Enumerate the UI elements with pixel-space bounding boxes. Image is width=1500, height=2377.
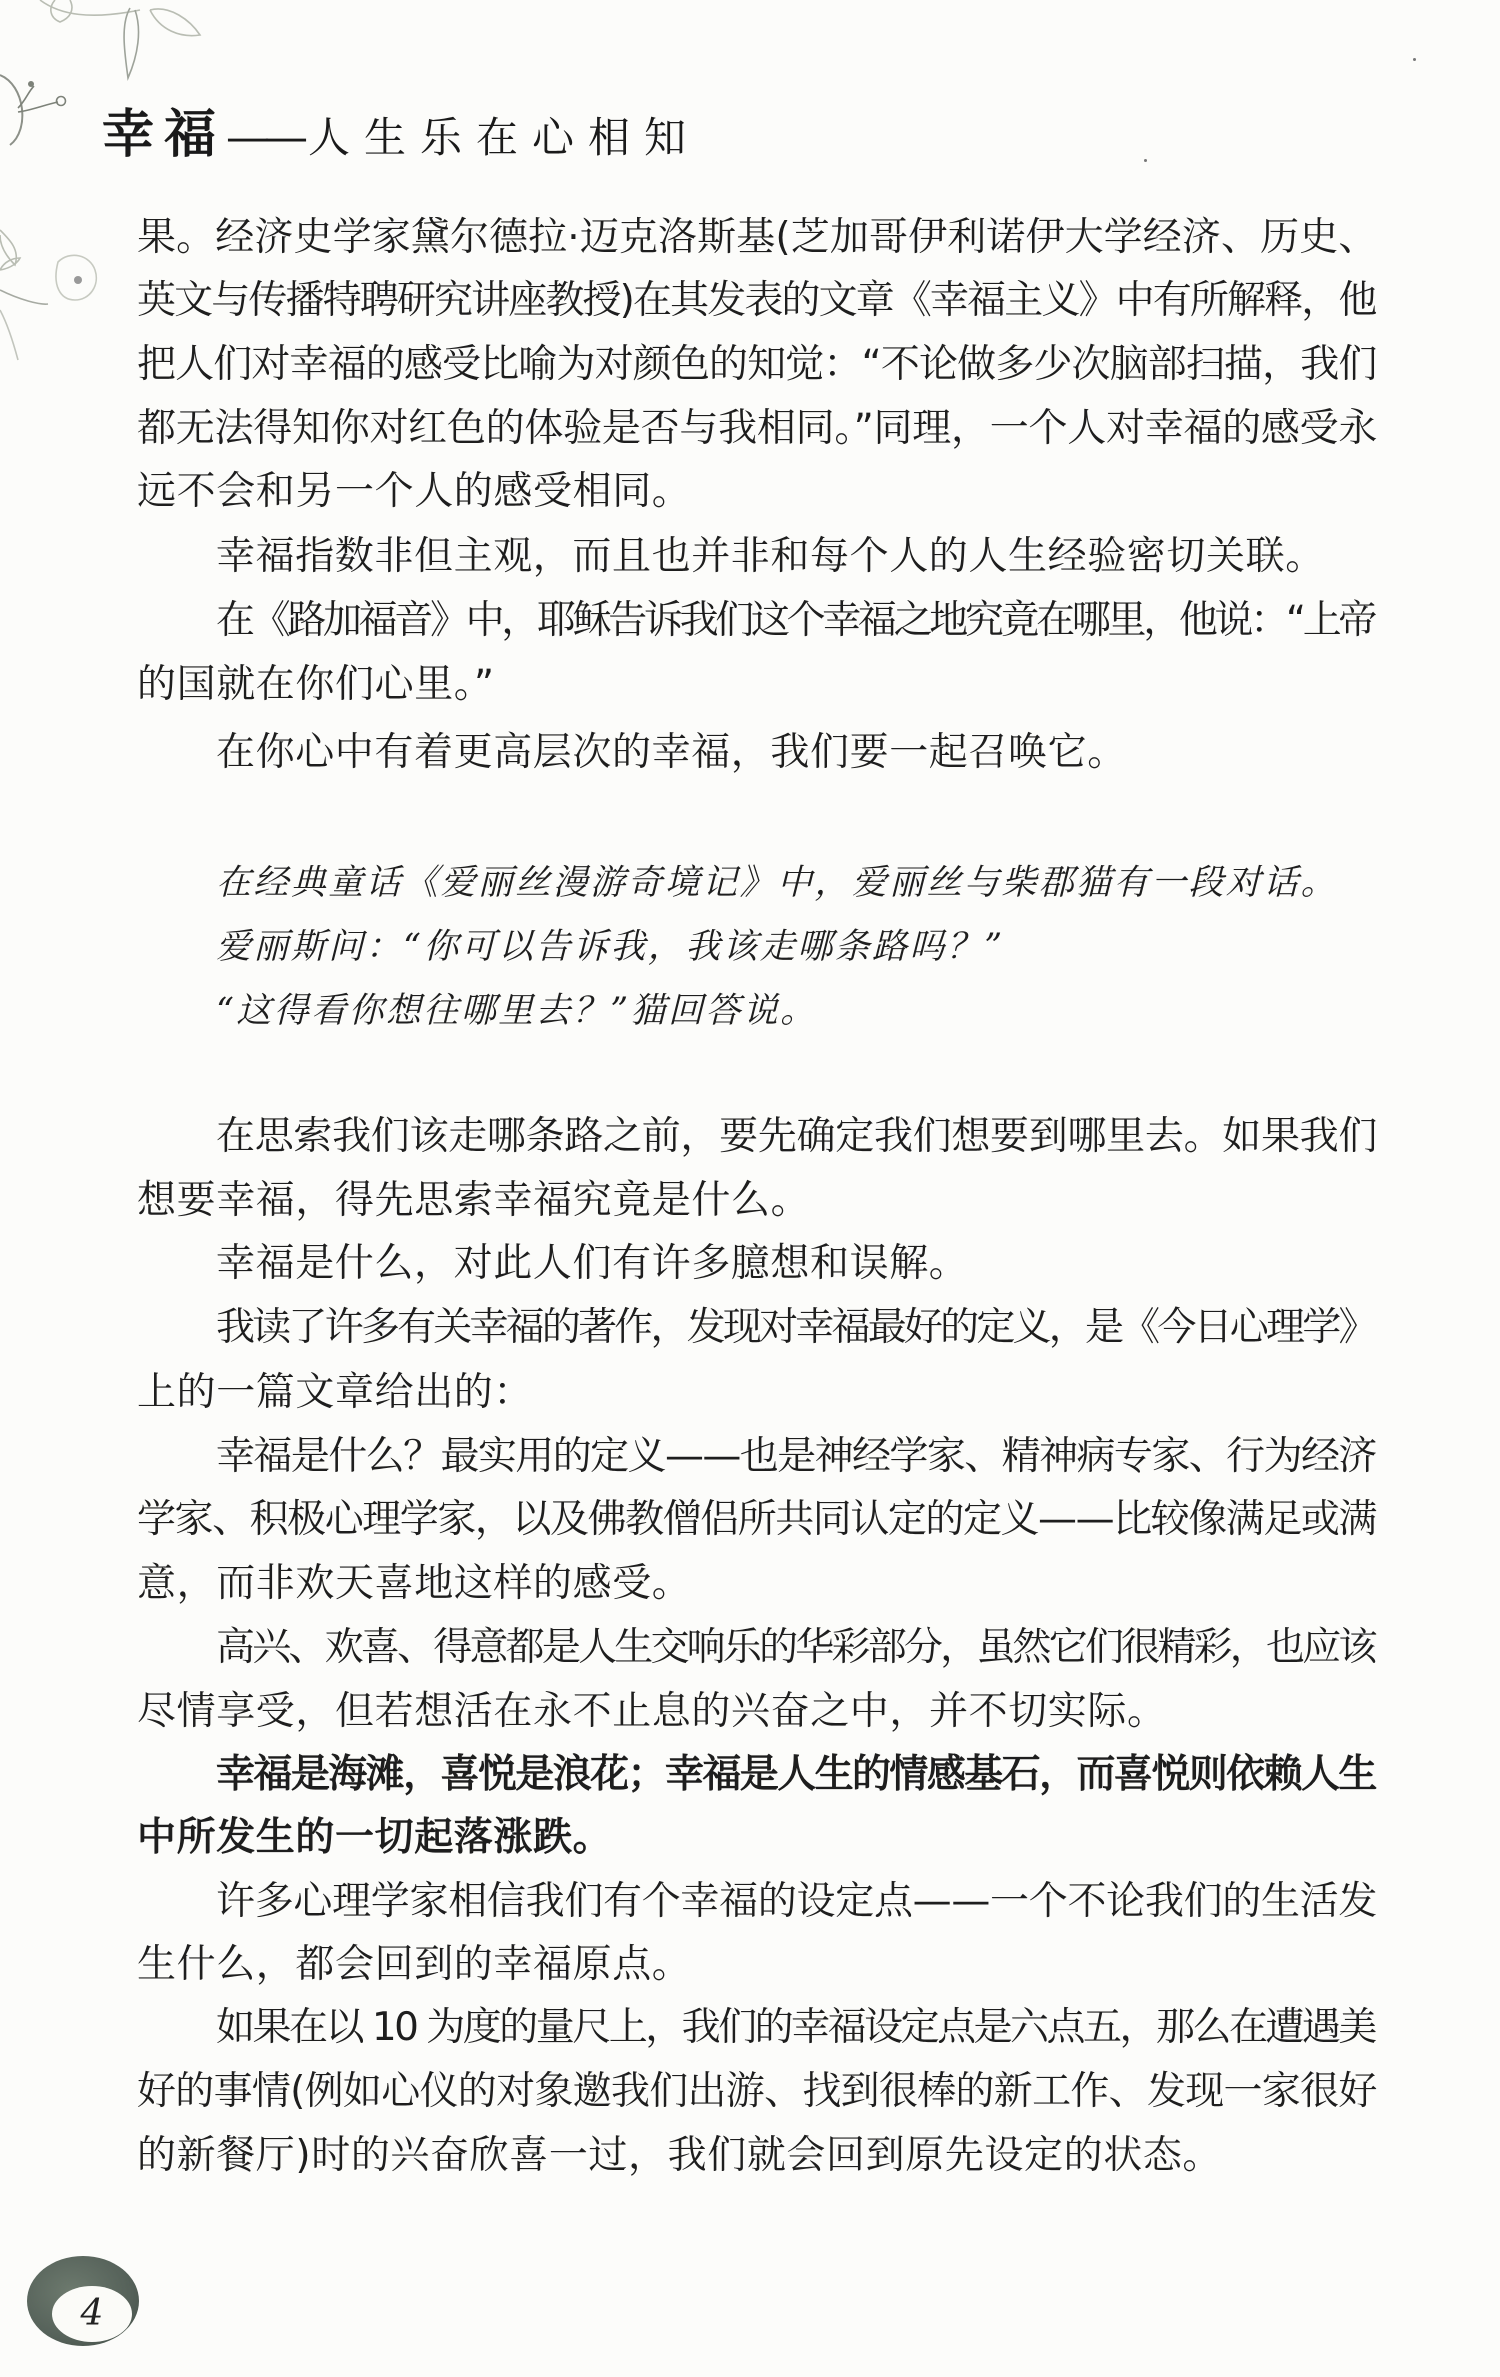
quote-line: “这得看你想往哪里去？”猫回答说。 bbox=[216, 987, 818, 1035]
page-number: 4 bbox=[52, 2286, 132, 2342]
text-line: 远不会和另一个人的感受相同。 bbox=[137, 468, 691, 516]
page-number-badge: 4 bbox=[27, 2256, 139, 2346]
text-line: 生什么，都会回到的幸福原点。 bbox=[137, 1941, 691, 1989]
text-line: 的国就在你们心里。” bbox=[137, 661, 495, 709]
text-line: 中所发生的一切起落涨跌。 bbox=[137, 1814, 612, 1862]
text-line: 高兴、欢喜、得意都是人生交响乐的华彩部分，虽然它们很精彩，也应该 bbox=[216, 1624, 1375, 1672]
text-line: 果。经济史学家黛尔德拉·迈克洛斯基(芝加哥伊利诺伊大学经济、历史、 bbox=[137, 214, 1378, 262]
text-line: 的新餐厅)时的兴奋欣喜一过，我们就会回到原先设定的状态。 bbox=[137, 2132, 1222, 2180]
text-line: 幸福指数非但主观，而且也并非和每个人的人生经验密切关联。 bbox=[216, 533, 1325, 581]
text-line: 幸福是什么，对此人们有许多臆想和误解。 bbox=[216, 1240, 968, 1288]
text-line: 好的事情(例如心仪的对象邀我们出游、找到很棒的新工作、发现一家很好 bbox=[137, 2068, 1377, 2116]
text-line: 学家、积极心理学家，以及佛教僧侣所共同认定的定义——比较像满足或满 bbox=[137, 1496, 1376, 1544]
text-line: 上的一篇文章给出的： bbox=[137, 1369, 533, 1417]
scan-speck bbox=[1413, 58, 1416, 61]
text-line: 把人们对幸福的感受比喻为对颜色的知觉：“不论做多少次脑部扫描，我们 bbox=[137, 341, 1377, 389]
text-line: 尽情享受，但若想活在永不止息的兴奋之中，并不切实际。 bbox=[137, 1688, 1167, 1736]
quote-line: 在经典童话《爱丽丝漫游奇境记》中，爱丽丝与柴郡猫有一段对话。 bbox=[216, 859, 1338, 907]
header-dash: —— bbox=[226, 108, 302, 168]
scan-speck bbox=[1144, 159, 1147, 162]
text-line: 我读了许多有关幸福的著作，发现对幸福最好的定义，是《今日心理学》 bbox=[216, 1304, 1375, 1352]
running-header: 幸福 —— 人生乐在心相知 bbox=[102, 92, 700, 168]
text-line: 许多心理学家相信我们有个幸福的设定点——一个不论我们的生活发 bbox=[216, 1878, 1377, 1926]
header-title-main: 幸福 bbox=[102, 102, 226, 168]
quote-line: 爱丽斯问：“你可以告诉我，我该走哪条路吗？” bbox=[216, 923, 1005, 971]
text-line: 在你心中有着更高层次的幸福，我们要一起召唤它。 bbox=[216, 729, 1127, 777]
text-line: 想要幸福，得先思索幸福究竟是什么。 bbox=[137, 1177, 810, 1225]
text-line: 在《路加福音》中，耶稣告诉我们这个幸福之地究竟在哪里，他说：“上帝 bbox=[216, 597, 1374, 645]
text-line: 英文与传播特聘研究讲座教授)在其发表的文章《幸福主义》中有所解释，他 bbox=[137, 277, 1376, 325]
text-line: 幸福是海滩，喜悦是浪花；幸福是人生的情感基石，而喜悦则依赖人生 bbox=[216, 1751, 1376, 1799]
header-title-sub: 人生乐在心相知 bbox=[308, 108, 700, 168]
text-line: 在思索我们该走哪条路之前，要先确定我们想要到哪里去。如果我们 bbox=[216, 1113, 1377, 1161]
text-line: 如果在以 10 为度的量尺上，我们的幸福设定点是六点五，那么在遭遇美 bbox=[216, 2004, 1375, 2052]
text-line: 幸福是什么？最实用的定义——也是神经学家、精神病专家、行为经济 bbox=[216, 1433, 1376, 1481]
text-line: 意，而非欢天喜地这样的感受。 bbox=[137, 1560, 691, 1608]
text-line: 都无法得知你对红色的体验是否与我相同。”同理，一个人对幸福的感受永 bbox=[137, 405, 1377, 453]
